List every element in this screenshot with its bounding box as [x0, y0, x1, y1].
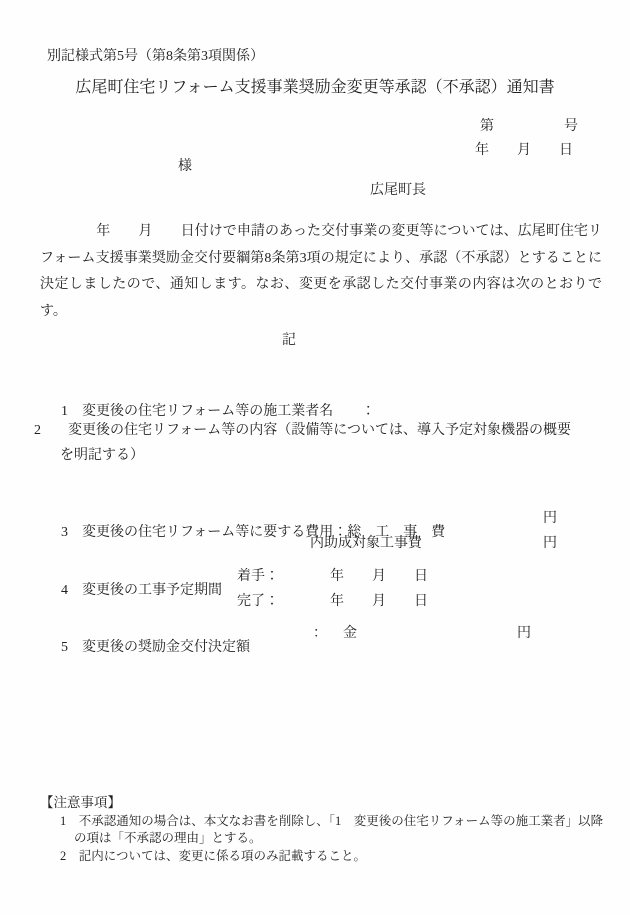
item-4-label: 変更後の工事予定期間: [82, 583, 222, 598]
record-heading: 記: [282, 334, 296, 348]
item-3-subsidized-cost-label: 内助成対象工事費: [310, 537, 422, 551]
note-1: 1 不承認通知の場合は、本文なお書を削除し、「1 変更後の住宅リフォーム等の施工…: [60, 813, 609, 848]
document-date-line: 年 月 日: [475, 144, 573, 158]
document-title: 広尾町住宅リフォーム支援事業奨励金変更等承認（不承認）通知書: [0, 80, 630, 96]
notes-heading: 【注意事項】: [40, 796, 121, 810]
item-4-finish-label: 完了：: [237, 595, 279, 609]
addressee-honorific: 様: [178, 160, 192, 174]
note-2: 2 記内については、変更に係る項のみ記載すること。: [60, 848, 595, 865]
item-2-renovation-content: 2変更後の住宅リフォーム等の内容（設備等については、導入予定対象機器の概要を明記…: [47, 418, 575, 468]
item-3-subsidized-cost-unit: 円: [543, 537, 557, 551]
item-5-number: 5: [61, 641, 82, 655]
item-4-start-date-fields: 年 月 日: [330, 570, 428, 584]
item-4-finish-date-fields: 年 月 日: [330, 595, 428, 609]
item-3-total-cost-unit: 円: [543, 512, 557, 526]
item-2-number: 2: [47, 418, 68, 443]
item-1-label: 変更後の住宅リフォーム等の施工業者名 ：: [82, 404, 375, 419]
item-3-label: 変更後の住宅リフォーム等に要する費用：: [82, 525, 347, 540]
item-5-grant-amount: 5変更後の奨励金交付決定額: [47, 627, 250, 669]
item-1-number: 1: [61, 405, 82, 419]
body-paragraph: 年 月 日付けで申請のあった交付事業の変更等については、広尾町住宅リフォーム支援…: [40, 219, 602, 325]
item-5-colon: ：: [313, 627, 327, 641]
item-4-start-label: 着手：: [237, 570, 279, 584]
item-2-label: 変更後の住宅リフォーム等の内容（設備等については、導入予定対象機器の概要を明記す…: [60, 423, 571, 463]
sender-name: 広尾町長: [370, 184, 426, 198]
document-number-line: 第 号: [480, 120, 578, 134]
document-page: 別記様式第5号（第8条第3項関係） 広尾町住宅リフォーム支援事業奨励金変更等承認…: [0, 0, 630, 915]
item-3-number: 3: [61, 526, 82, 540]
form-number-label: 別記様式第5号（第8条第3項関係）: [47, 50, 264, 64]
item-4-work-period: 4変更後の工事予定期間: [47, 570, 222, 612]
item-5-label: 変更後の奨励金交付決定額: [82, 640, 250, 655]
item-5-amount-unit: 円: [517, 627, 531, 641]
item-5-amount-prefix: 金: [343, 627, 357, 641]
item-4-number: 4: [61, 584, 82, 598]
